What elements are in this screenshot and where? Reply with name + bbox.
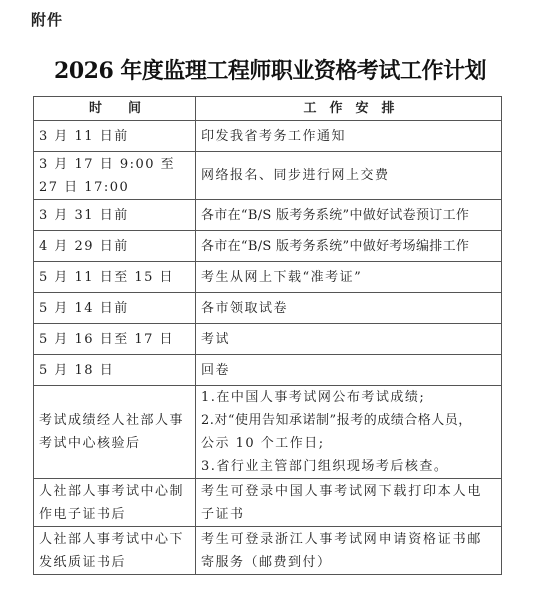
table-row: 考试成绩经人社部人事 考试中心核验后 1.在中国人事考试网公布考试成绩; 2.对… bbox=[34, 386, 502, 479]
work-cell: 考试 bbox=[196, 324, 502, 355]
time-cell: 考试成绩经人社部人事 考试中心核验后 bbox=[34, 386, 196, 479]
work-cell: 印发我省考务工作通知 bbox=[196, 121, 502, 152]
work-cell: 考生从网上下载“准考证” bbox=[196, 262, 502, 293]
table-row: 3 月 11 日前 印发我省考务工作通知 bbox=[34, 121, 502, 152]
time-cell: 5 月 16 日至 17 日 bbox=[34, 324, 196, 355]
time-cell: 3 月 31 日前 bbox=[34, 200, 196, 231]
time-cell: 人社部人事考试中心制 作电子证书后 bbox=[34, 479, 196, 527]
table-row: 5 月 18 日 回卷 bbox=[34, 355, 502, 386]
document-title: 2026 年度监理工程师职业资格考试工作计划 bbox=[40, 54, 500, 85]
work-cell: 考生可登录中国人事考试网下载打印本人电 子证书 bbox=[196, 479, 502, 527]
work-plan-table: 时 间 工 作 安 排 3 月 11 日前 印发我省考务工作通知 3 月 17 … bbox=[33, 96, 502, 575]
header-time: 时 间 bbox=[34, 97, 196, 121]
table-header-row: 时 间 工 作 安 排 bbox=[34, 97, 502, 121]
work-cell: 各市在“B/S 版考务系统”中做好考场编排工作 bbox=[196, 231, 502, 262]
table-row: 5 月 16 日至 17 日 考试 bbox=[34, 324, 502, 355]
work-cell: 考生可登录浙江人事考试网申请资格证书邮 寄服务（邮费到付） bbox=[196, 527, 502, 575]
table-row: 4 月 29 日前 各市在“B/S 版考务系统”中做好考场编排工作 bbox=[34, 231, 502, 262]
time-cell: 人社部人事考试中心下 发纸质证书后 bbox=[34, 527, 196, 575]
table-row: 5 月 14 日前 各市领取试卷 bbox=[34, 293, 502, 324]
attachment-label: 附件 bbox=[31, 9, 63, 30]
table-row: 人社部人事考试中心下 发纸质证书后 考生可登录浙江人事考试网申请资格证书邮 寄服… bbox=[34, 527, 502, 575]
time-cell: 3 月 11 日前 bbox=[34, 121, 196, 152]
work-cell: 网络报名、同步进行网上交费 bbox=[196, 152, 502, 200]
table-row: 3 月 31 日前 各市在“B/S 版考务系统”中做好试卷预订工作 bbox=[34, 200, 502, 231]
time-cell: 3 月 17 日 9:00 至 27 日 17:00 bbox=[34, 152, 196, 200]
time-cell: 5 月 11 日至 15 日 bbox=[34, 262, 196, 293]
table-row: 人社部人事考试中心制 作电子证书后 考生可登录中国人事考试网下载打印本人电 子证… bbox=[34, 479, 502, 527]
header-work: 工 作 安 排 bbox=[196, 97, 502, 121]
table-row: 3 月 17 日 9:00 至 27 日 17:00 网络报名、同步进行网上交费 bbox=[34, 152, 502, 200]
work-cell: 回卷 bbox=[196, 355, 502, 386]
table-row: 5 月 11 日至 15 日 考生从网上下载“准考证” bbox=[34, 262, 502, 293]
work-cell: 各市在“B/S 版考务系统”中做好试卷预订工作 bbox=[196, 200, 502, 231]
work-cell: 1.在中国人事考试网公布考试成绩; 2.对“使用告知承诺制”报考的成绩合格人员，… bbox=[196, 386, 502, 479]
time-cell: 5 月 18 日 bbox=[34, 355, 196, 386]
time-cell: 4 月 29 日前 bbox=[34, 231, 196, 262]
work-cell: 各市领取试卷 bbox=[196, 293, 502, 324]
time-cell: 5 月 14 日前 bbox=[34, 293, 196, 324]
